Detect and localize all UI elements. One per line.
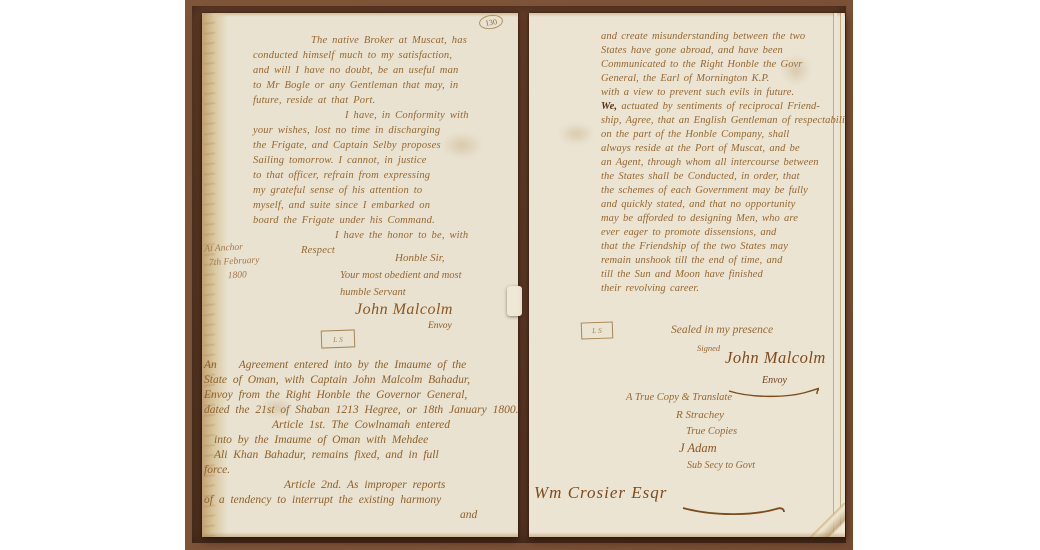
manuscript-line: I have, in Conformity with — [253, 108, 511, 123]
signature-adam: J Adam — [679, 441, 717, 456]
signed-label: Signed — [697, 343, 720, 353]
true-copies-label: True Copies — [686, 426, 737, 437]
manuscript-line: Envoy from the Right Honble the Governor… — [204, 388, 518, 403]
manuscript-line: 1800 — [205, 268, 260, 285]
manuscript-line: their revolving career. — [601, 282, 843, 296]
seal-mark: L S — [581, 321, 614, 339]
closing-line: Your most obedient and most — [340, 270, 462, 281]
manuscript-line: with a view to prevent such evils in fut… — [601, 86, 843, 100]
manuscript-line: dated the 21st of Shaban 1213 Hegree, or… — [204, 403, 518, 418]
sub-secretary-title: Sub Secy to Govt — [687, 460, 755, 471]
manuscript-line: board the Frigate under his Command. — [253, 213, 511, 228]
manuscript-line: my grateful sense of his attention to — [253, 183, 511, 198]
manuscript-line: future, reside at that Port. — [253, 93, 511, 108]
closing-line: humble Servant — [340, 287, 406, 298]
manuscript-line: an Agent, through whom all intercourse b… — [601, 156, 843, 170]
manuscript-line: and will I have no doubt, be an useful m… — [253, 63, 511, 78]
manuscript-line: that the Friendship of the two States ma… — [601, 240, 843, 254]
manuscript-line: and quickly stated, and that no opportun… — [601, 198, 843, 212]
manuscript-line: may be afforded to designing Men, who ar… — [601, 212, 843, 226]
manuscript-line: till the Sun and Moon have finished — [601, 268, 843, 282]
seal-mark: L S — [321, 329, 356, 348]
manuscript-line: 7th February — [205, 254, 260, 271]
manuscript-line: ever eager to promote dissensions, and — [601, 226, 843, 240]
manuscript-line: and create misunderstanding between the … — [601, 30, 843, 44]
signature-john-malcolm: John Malcolm — [725, 348, 826, 368]
manuscript-line: ship, Agree, that an English Gentleman o… — [601, 114, 843, 128]
paper-stain — [262, 398, 292, 418]
manuscript-page-right: and create misunderstanding between the … — [529, 13, 845, 537]
folio-number-stamp: 130 — [478, 13, 504, 30]
manuscript-line: The native Broker at Muscat, has — [253, 33, 511, 48]
manuscript-line: States have gone abroad, and have been — [601, 44, 843, 58]
page-corner-curl — [799, 503, 845, 537]
addressee-flourish — [681, 500, 786, 518]
manuscript-line: We, actuated by sentiments of reciprocal… — [601, 100, 843, 114]
signature-strachey: R Strachey — [676, 409, 724, 421]
paper-tab — [507, 286, 522, 316]
addressee-docket: Wm Crosier Esqr — [534, 483, 667, 503]
manuscript-line: force. — [204, 463, 518, 478]
true-copy-attestation: A True Copy & Translate — [626, 392, 732, 403]
paper-stain — [442, 133, 482, 158]
manuscript-line: into by the Imaume of Oman with Mehdee — [204, 433, 518, 448]
agreement-text: AnAgreement entered into by the Imaume o… — [204, 358, 518, 523]
manuscript-line: on the part of the Honble Company, shall — [601, 128, 843, 142]
manuscript-line: State of Oman, with Captain John Malcolm… — [204, 373, 518, 388]
date-margin-note: At Anchor 7th February 1800 — [204, 240, 261, 285]
signature-flourish — [727, 385, 819, 399]
manuscript-line: the schemes of each Government may be fu… — [601, 184, 843, 198]
catchword: and — [204, 508, 518, 523]
paper-stain — [559, 123, 594, 145]
salutation: Honble Sir, — [395, 252, 445, 264]
manuscript-line: to that officer, refrain from expressing — [253, 168, 511, 183]
manuscript-line: Article 2nd. As improper reports — [204, 478, 518, 493]
manuscript-line: the States shall be Conducted, in order,… — [601, 170, 843, 184]
manuscript-line: of a tendency to interrupt the existing … — [204, 493, 518, 508]
manuscript-line: AnAgreement entered into by the Imaume o… — [204, 358, 518, 373]
manuscript-line: always reside at the Port of Muscat, and… — [601, 142, 843, 156]
manuscript-line: Respect — [253, 243, 511, 258]
manuscript-line: to Mr Bogle or any Gentleman that may, i… — [253, 78, 511, 93]
emphasized-word: We, — [601, 101, 617, 112]
manuscript-line: Article 1st. The Cowlnamah entered — [204, 418, 518, 433]
paper-stain — [781, 55, 811, 85]
manuscript-line: remain unshook till the end of time, and — [601, 254, 843, 268]
signature-title: Envoy — [428, 321, 452, 331]
manuscript-page-left: 130 The native Broker at Muscat, has con… — [202, 13, 518, 537]
signature-john-malcolm: John Malcolm — [355, 301, 453, 319]
manuscript-line: myself, and suite since I embarked on — [253, 198, 511, 213]
manuscript-line: I have the honor to be, with — [253, 228, 511, 243]
document-photo: 130 The native Broker at Muscat, has con… — [185, 0, 853, 550]
sealed-in-presence: Sealed in my presence — [671, 324, 773, 336]
manuscript-line: conducted himself much to my satisfactio… — [253, 48, 511, 63]
manuscript-line: Ali Khan Bahadur, remains fixed, and in … — [204, 448, 518, 463]
agreement-prefix: An — [204, 359, 217, 371]
